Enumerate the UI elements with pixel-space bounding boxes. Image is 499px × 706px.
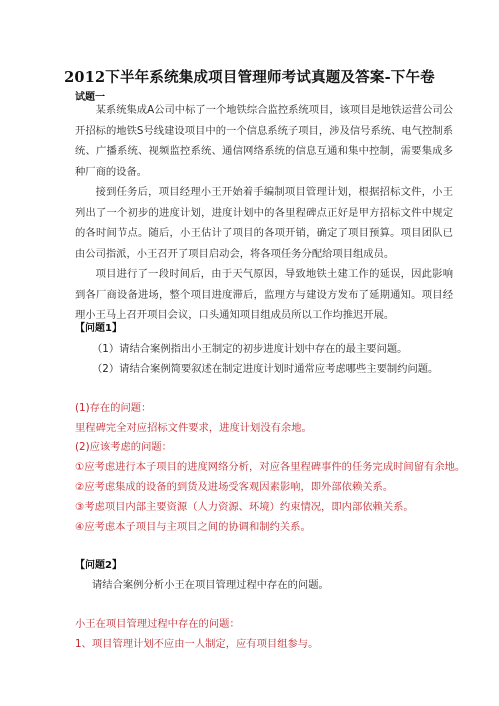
- answer-1-part2-item-4: ④应考虑本子项目与主项目之间的协调和制约关系。: [75, 518, 311, 533]
- answer-1-part2-label: (2)应该考虑的问题：: [75, 438, 172, 453]
- answer-1-part2-item-2: ②应考虑集成的设备的到货及进场受客观因素影响，即外部依赖关系。: [75, 478, 393, 493]
- answer-1-part2-item-3: ③考虑项目内部主要资源（人力资源、环境）约束情况，即内部依赖关系。: [75, 498, 414, 513]
- answer-2-item-1: 1、项目管理计划不应由一人制定，应有项目组参与。: [75, 635, 318, 650]
- case-description: 某系统集成A公司中标了一个地铁综合监控系统项目，该项目是地铁运营公司公开招标的地…: [75, 100, 453, 326]
- answer-1-part2-item-1: ①应考虑进行本子项目的进度网络分析，对应各里程碑事件的任务完成时间留有余地。: [75, 458, 465, 473]
- question-1-item-2: （2）请结合案例简要叙述在制定进度计划时通常应考虑哪些主要制约问题。: [92, 360, 438, 375]
- question-1-item-1: （1）请结合案例指出小王制定的初步进度计划中存在的最主要问题。: [92, 340, 407, 355]
- question-2-item: 请结合案例分析小王在项目管理过程中存在的问题。: [92, 576, 329, 591]
- question-2-heading: 【问题2】: [75, 556, 122, 571]
- paragraph-2: 接到任务后，项目经理小王开始着手编制项目管理计划，根据招标文件，小王列出了一个初…: [75, 182, 453, 264]
- answer-2-label: 小王在项目管理过程中存在的问题：: [75, 615, 240, 630]
- answer-1-part1-label: (1)存在的问题：: [75, 399, 151, 414]
- paragraph-3: 项目进行了一段时间后，由于天气原因，导致地铁土建工作的延误，因此影响到各厂商设备…: [75, 264, 453, 326]
- question-1-heading: 【问题1】: [75, 319, 122, 334]
- document-title: 2012下半年系统集成项目管理师考试真题及答案-下午卷: [0, 66, 499, 87]
- paragraph-1: 某系统集成A公司中标了一个地铁综合监控系统项目，该项目是地铁运营公司公开招标的地…: [75, 100, 453, 182]
- document-page: 2012下半年系统集成项目管理师考试真题及答案-下午卷 试题一 某系统集成A公司…: [0, 0, 499, 706]
- answer-1-part1-text: 里程碑完全对应招标文件要求，进度计划没有余地。: [75, 419, 312, 434]
